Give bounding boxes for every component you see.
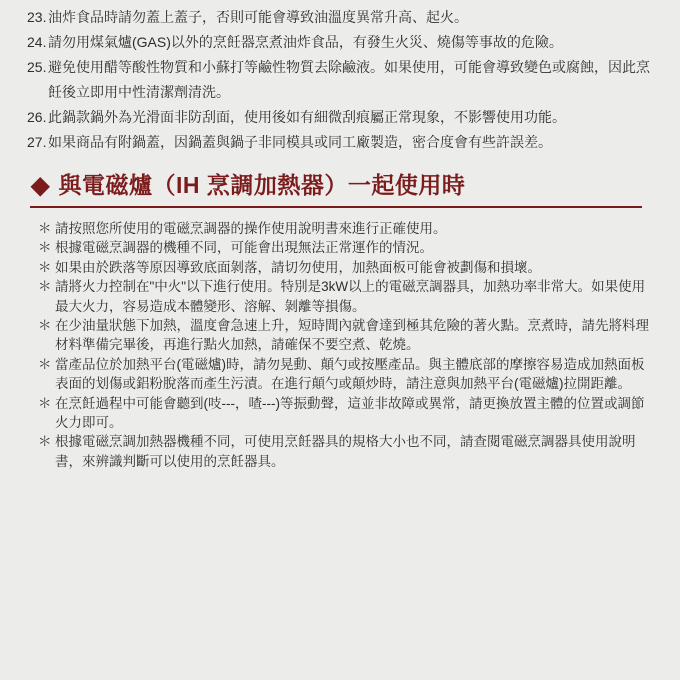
asterisk-marker: ＊ (38, 219, 55, 238)
bullet-text: 請按照您所使用的電磁烹調器的操作使用說明書來進行正確使用。 (55, 219, 652, 238)
bullet-item: ＊ 在少油量狀態下加熱，溫度會急速上升，短時間內就會達到極其危險的著火點。烹煮時… (38, 316, 652, 355)
numbered-item: 27. 如果商品有附鍋蓋，因鍋蓋與鍋子非同模具或同工廠製造，密合度會有些許誤差。 (27, 130, 657, 155)
bullet-item: ＊ 如果由於跌落等原因導致底面剝落，請切勿使用，加熱面板可能會被劃傷和損壞。 (38, 258, 652, 277)
bullet-text: 根據電磁烹調器的機種不同，可能會出現無法正常運作的情況。 (55, 238, 652, 257)
asterisk-marker: ＊ (38, 355, 55, 394)
numbered-item: 26. 此鍋款鍋外為光滑面非防刮面，使用後如有細微刮痕屬正常現象，不影響使用功能… (27, 105, 657, 130)
asterisk-marker: ＊ (38, 432, 55, 471)
bullet-item: ＊ 根據電磁烹調加熱器機種不同，可使用烹飪器具的規格大小也不同，請查閱電磁烹調器… (38, 432, 652, 471)
numbered-warning-list: 23. 油炸食品時請勿蓋上蓋子，否則可能會導致油溫度異常升高、起火。 24. 請… (27, 5, 657, 155)
item-text: 油炸食品時請勿蓋上蓋子，否則可能會導致油溫度異常升高、起火。 (48, 5, 655, 30)
item-text: 請勿用煤氣爐(GAS)以外的烹飪器烹煮油炸食品，有發生火災、燒傷等事故的危險。 (48, 30, 655, 55)
bullet-text: 請將火力控制在"中火"以下進行使用。特別是3kW以上的電磁烹調器具，加熱功率非常… (55, 277, 652, 316)
bullet-text: 如果由於跌落等原因導致底面剝落，請切勿使用，加熱面板可能會被劃傷和損壞。 (55, 258, 652, 277)
ih-usage-note-list: ＊ 請按照您所使用的電磁烹調器的操作使用說明書來進行正確使用。 ＊ 根據電磁烹調… (38, 219, 652, 471)
section-divider (30, 206, 642, 208)
item-number: 25. (27, 55, 48, 105)
bullet-item: ＊ 請將火力控制在"中火"以下進行使用。特別是3kW以上的電磁烹調器具，加熱功率… (38, 277, 652, 316)
bullet-item: ＊ 根據電磁烹調器的機種不同，可能會出現無法正常運作的情況。 (38, 238, 652, 257)
item-number: 24. (27, 30, 48, 55)
instruction-document-page: 23. 油炸食品時請勿蓋上蓋子，否則可能會導致油溫度異常升高、起火。 24. 請… (0, 5, 680, 680)
diamond-icon: ◆ (31, 174, 49, 198)
bullet-text: 在烹飪過程中可能會聽到(吱---，喳---)等振動聲，這並非故障或異常，請更換放… (55, 394, 652, 433)
bullet-item: ＊ 當產品位於加熱平台(電磁爐)時，請勿晃動、顛勺或按壓產品。與主體底部的摩擦容… (38, 355, 652, 394)
asterisk-marker: ＊ (38, 258, 55, 277)
bullet-item: ＊ 請按照您所使用的電磁烹調器的操作使用說明書來進行正確使用。 (38, 219, 652, 238)
bullet-item: ＊ 在烹飪過程中可能會聽到(吱---，喳---)等振動聲，這並非故障或異常，請更… (38, 394, 652, 433)
item-text: 如果商品有附鍋蓋，因鍋蓋與鍋子非同模具或同工廠製造，密合度會有些許誤差。 (48, 130, 655, 155)
item-text: 此鍋款鍋外為光滑面非防刮面，使用後如有細微刮痕屬正常現象，不影響使用功能。 (48, 105, 655, 130)
section-heading: ◆ 與電磁爐（IH 烹調加熱器）一起使用時 (31, 170, 680, 201)
numbered-item: 25. 避免使用醋等酸性物質和小蘇打等鹼性物質去除鹼液。如果使用，可能會導致變色… (27, 55, 657, 105)
asterisk-marker: ＊ (38, 394, 55, 433)
item-number: 27. (27, 130, 48, 155)
item-text: 避免使用醋等酸性物質和小蘇打等鹼性物質去除鹼液。如果使用，可能會導致變色或腐蝕，… (48, 55, 655, 105)
asterisk-marker: ＊ (38, 238, 55, 257)
bullet-text: 在少油量狀態下加熱，溫度會急速上升，短時間內就會達到極其危險的著火點。烹煮時，請… (55, 316, 652, 355)
section-title: 與電磁爐（IH 烹調加熱器）一起使用時 (58, 170, 465, 201)
item-number: 23. (27, 5, 48, 30)
bullet-text: 當產品位於加熱平台(電磁爐)時，請勿晃動、顛勺或按壓產品。與主體底部的摩擦容易造… (55, 355, 652, 394)
bullet-text: 根據電磁烹調加熱器機種不同，可使用烹飪器具的規格大小也不同，請查閱電磁烹調器具使… (55, 432, 652, 471)
numbered-item: 24. 請勿用煤氣爐(GAS)以外的烹飪器烹煮油炸食品，有發生火災、燒傷等事故的… (27, 30, 657, 55)
asterisk-marker: ＊ (38, 277, 55, 316)
item-number: 26. (27, 105, 48, 130)
numbered-item: 23. 油炸食品時請勿蓋上蓋子，否則可能會導致油溫度異常升高、起火。 (27, 5, 657, 30)
asterisk-marker: ＊ (38, 316, 55, 355)
